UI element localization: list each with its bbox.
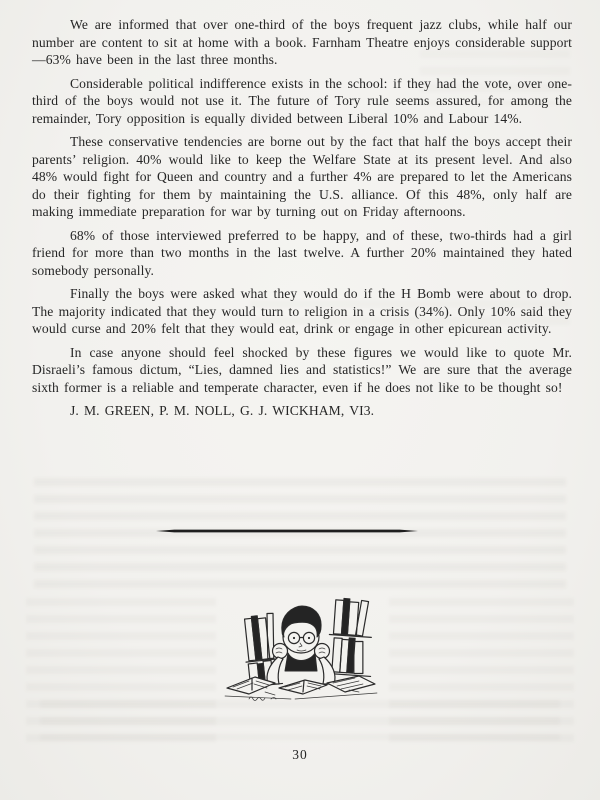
paragraph-conservative: These conservative tendencies are borne … <box>32 133 572 221</box>
bleed-through-texture <box>34 478 566 588</box>
vest <box>285 653 317 671</box>
right-book-shelf <box>327 598 376 677</box>
tapered-section-divider <box>156 529 418 533</box>
byline: J. M. GREEN, P. M. NOLL, G. J. WICKHAM, … <box>32 402 572 420</box>
right-fist <box>315 644 330 659</box>
article-body: We are informed that over one-third of t… <box>32 16 572 426</box>
paragraph-political: Considerable political indifference exis… <box>32 75 572 128</box>
paragraph-disraeli: In case anyone should feel shocked by th… <box>32 344 572 397</box>
bleed-through-texture <box>389 598 574 743</box>
page-number: 30 <box>0 747 600 763</box>
left-fist <box>273 644 288 659</box>
boy-figure <box>267 606 335 684</box>
paragraph-jazz-clubs: We are informed that over one-third of t… <box>32 16 572 69</box>
boy-with-books-illustration <box>221 591 383 705</box>
paragraph-h-bomb: Finally the boys were asked what they wo… <box>32 285 572 338</box>
bleed-through-texture <box>40 700 560 740</box>
paragraph-happiness: 68% of those interviewed preferred to be… <box>32 227 572 280</box>
bleed-through-texture <box>26 598 216 743</box>
scanned-magazine-page: We are informed that over one-third of t… <box>0 0 600 800</box>
scattered-books <box>225 676 377 699</box>
